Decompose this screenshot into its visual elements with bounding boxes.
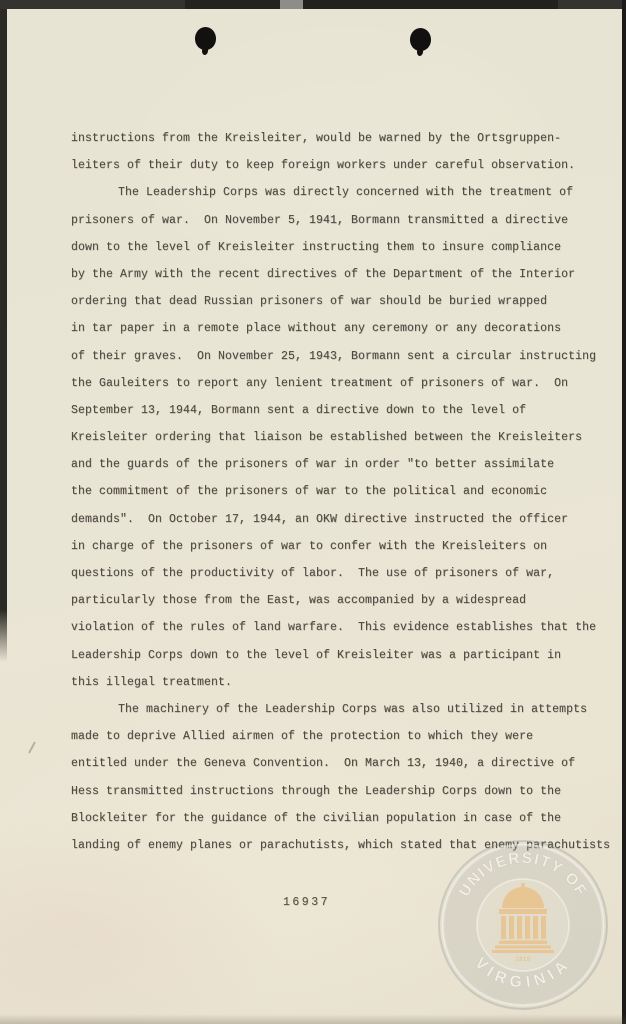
document-text: instructions from the Kreisleiter, would… (71, 125, 611, 859)
text-line: prisoners of war. On November 5, 1941, B… (71, 207, 611, 234)
text-line: ordering that dead Russian prisoners of … (71, 288, 611, 315)
hole-punch (410, 28, 431, 51)
text-line: the Gauleiters to report any lenient tre… (71, 370, 611, 397)
text-line: violation of the rules of land warfare. … (71, 614, 611, 641)
scan-edge-top (0, 0, 626, 9)
text-line: instructions from the Kreisleiter, would… (71, 125, 611, 152)
text-line: made to deprive Allied airmen of the pro… (71, 723, 611, 750)
text-line: Leadership Corps down to the level of Kr… (71, 642, 611, 669)
text-line: and the guards of the prisoners of war i… (71, 451, 611, 478)
text-line: The Leadership Corps was directly concer… (71, 179, 611, 206)
university-of-virginia-watermark: UNIVERSITY OF VIRGINIA 1819 (423, 825, 623, 1024)
text-line: leiters of their duty to keep foreign wo… (71, 152, 611, 179)
seal-year: 1819 (515, 957, 531, 963)
text-line: entitled under the Geneva Convention. On… (71, 750, 611, 777)
page-number: 16937 (283, 896, 330, 909)
text-line: of their graves. On November 25, 1943, B… (71, 343, 611, 370)
text-line: September 13, 1944, Bormann sent a direc… (71, 397, 611, 424)
text-line: Hess transmitted instructions through th… (71, 778, 611, 805)
text-line: particularly those from the East, was ac… (71, 587, 611, 614)
scan-edge-segment (280, 0, 303, 9)
text-line: Kreisleiter ordering that liaison be est… (71, 424, 611, 451)
text-line: the commitment of the prisoners of war t… (71, 478, 611, 505)
hole-punch (195, 27, 216, 50)
text-line: questions of the productivity of labor. … (71, 560, 611, 587)
scanned-document: instructions from the Kreisleiter, would… (0, 0, 626, 1024)
text-line: The machinery of the Leadership Corps wa… (71, 696, 611, 723)
text-line: in charge of the prisoners of war to con… (71, 533, 611, 560)
text-line: by the Army with the recent directives o… (71, 261, 611, 288)
text-line: demands". On October 17, 1944, an OKW di… (71, 506, 611, 533)
text-line: in tar paper in a remote place without a… (71, 315, 611, 342)
scan-edge-segment (185, 0, 280, 9)
scan-edge-segment (303, 0, 558, 9)
text-line: this illegal treatment. (71, 669, 611, 696)
text-line: down to the level of Kreisleiter instruc… (71, 234, 611, 261)
scan-edge-left (0, 9, 7, 662)
